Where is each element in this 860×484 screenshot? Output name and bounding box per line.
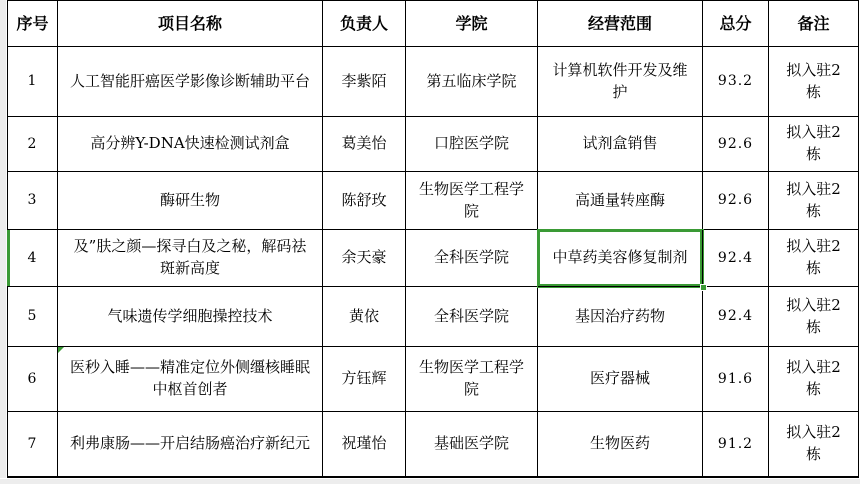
- cell-r7-project-name[interactable]: 利弗康肠——开启结肠癌治疗新纪元: [58, 412, 323, 476]
- cell-r4-college[interactable]: 全科医学院: [406, 230, 538, 287]
- cell-r4-project-name[interactable]: 及”肤之颜—探寻白及之秘，解码祛斑新高度: [58, 230, 323, 287]
- cell-r6-scope[interactable]: 医疗器械: [538, 347, 703, 412]
- cell-r6-project-name[interactable]: 医秒入睡——精准定位外侧缰核睡眠中枢首创者: [58, 347, 323, 412]
- selected-cell-value: 中草药美容修复制剂: [552, 247, 687, 269]
- cell-r2-note[interactable]: 拟入驻2栋: [769, 117, 859, 172]
- cell-r6-index[interactable]: 6: [8, 347, 58, 412]
- cell-r6-note[interactable]: 拟入驻2栋: [769, 347, 859, 412]
- cell-r6-score[interactable]: 91.6: [703, 347, 769, 412]
- cell-r7-scope[interactable]: 生物医药: [538, 412, 703, 476]
- cell-r6-leader[interactable]: 方钰辉: [323, 347, 406, 412]
- cell-r7-college[interactable]: 基础医学院: [406, 412, 538, 476]
- cell-r6-college[interactable]: 生物医学工程学院: [406, 347, 538, 412]
- selected-cell-r4-scope[interactable]: 中草药美容修复制剂: [538, 230, 703, 287]
- cell-r3-index[interactable]: 3: [8, 172, 58, 230]
- cell-r5-project-name[interactable]: 气味遗传学细胞操控技术: [58, 287, 323, 347]
- comment-indicator-icon: [58, 347, 64, 353]
- cell-r3-leader[interactable]: 陈舒玫: [323, 172, 406, 230]
- cell-r4-note[interactable]: 拟入驻2栋: [769, 230, 859, 287]
- project-table: 序号 项目名称 负责人 学院 经营范围 总分 备注 1 人工智能肝癌医学影像诊断…: [7, 0, 859, 478]
- cell-r7-leader[interactable]: 祝瑾怡: [323, 412, 406, 476]
- cell-r5-leader[interactable]: 黄依: [323, 287, 406, 347]
- cell-r1-college[interactable]: 第五临床学院: [406, 47, 538, 117]
- sheet-margin-left: [0, 0, 7, 478]
- cell-r3-note[interactable]: 拟入驻2栋: [769, 172, 859, 230]
- cell-r2-scope[interactable]: 试剂盒销售: [538, 117, 703, 172]
- row-selection-indicator: [7, 230, 10, 286]
- header-college[interactable]: 学院: [406, 1, 538, 47]
- header-business-scope[interactable]: 经营范围: [538, 1, 703, 47]
- cell-r2-index[interactable]: 2: [8, 117, 58, 172]
- cell-r3-project-name[interactable]: 酶研生物: [58, 172, 323, 230]
- cell-r4-score[interactable]: 92.4: [703, 230, 769, 287]
- cell-r4-index-value: 4: [28, 248, 38, 268]
- cell-r3-score[interactable]: 92.6: [703, 172, 769, 230]
- cell-r5-index[interactable]: 5: [8, 287, 58, 347]
- cell-r2-score[interactable]: 92.6: [703, 117, 769, 172]
- cell-r4-index[interactable]: 4: [8, 230, 58, 287]
- cell-r7-index[interactable]: 7: [8, 412, 58, 476]
- spreadsheet-view: 序号 项目名称 负责人 学院 经营范围 总分 备注 1 人工智能肝癌医学影像诊断…: [0, 0, 860, 484]
- sheet-margin-bottom: [0, 479, 860, 484]
- cell-r7-score[interactable]: 91.2: [703, 412, 769, 476]
- header-project-name[interactable]: 项目名称: [58, 1, 323, 47]
- fill-handle[interactable]: [700, 284, 707, 291]
- cell-r1-leader[interactable]: 李紫陌: [323, 47, 406, 117]
- cell-r7-note[interactable]: 拟入驻2栋: [769, 412, 859, 476]
- cell-r5-scope[interactable]: 基因治疗药物: [538, 287, 703, 347]
- cell-r5-note[interactable]: 拟入驻2栋: [769, 287, 859, 347]
- cell-r2-leader[interactable]: 葛美怡: [323, 117, 406, 172]
- cell-r1-note[interactable]: 拟入驻2栋: [769, 47, 859, 117]
- header-score[interactable]: 总分: [703, 1, 769, 47]
- cell-r3-scope[interactable]: 高通量转座酶: [538, 172, 703, 230]
- cell-r2-college[interactable]: 口腔医学院: [406, 117, 538, 172]
- cell-r5-score[interactable]: 92.4: [703, 287, 769, 347]
- cell-r6-project-name-value: 医秒入睡——精准定位外侧缰核睡眠中枢首创者: [68, 357, 312, 401]
- cell-r1-project-name[interactable]: 人工智能肝癌医学影像诊断辅助平台: [58, 47, 323, 117]
- cell-r1-scope[interactable]: 计算机软件开发及维护: [538, 47, 703, 117]
- cell-r1-index[interactable]: 1: [8, 47, 58, 117]
- cell-r4-leader[interactable]: 余天豪: [323, 230, 406, 287]
- cell-r5-college[interactable]: 全科医学院: [406, 287, 538, 347]
- header-index[interactable]: 序号: [8, 1, 58, 47]
- header-leader[interactable]: 负责人: [323, 1, 406, 47]
- cell-r3-college[interactable]: 生物医学工程学院: [406, 172, 538, 230]
- cell-r1-score[interactable]: 93.2: [703, 47, 769, 117]
- header-note[interactable]: 备注: [769, 1, 859, 47]
- cell-r2-project-name[interactable]: 高分辨Y-DNA快速检测试剂盒: [58, 117, 323, 172]
